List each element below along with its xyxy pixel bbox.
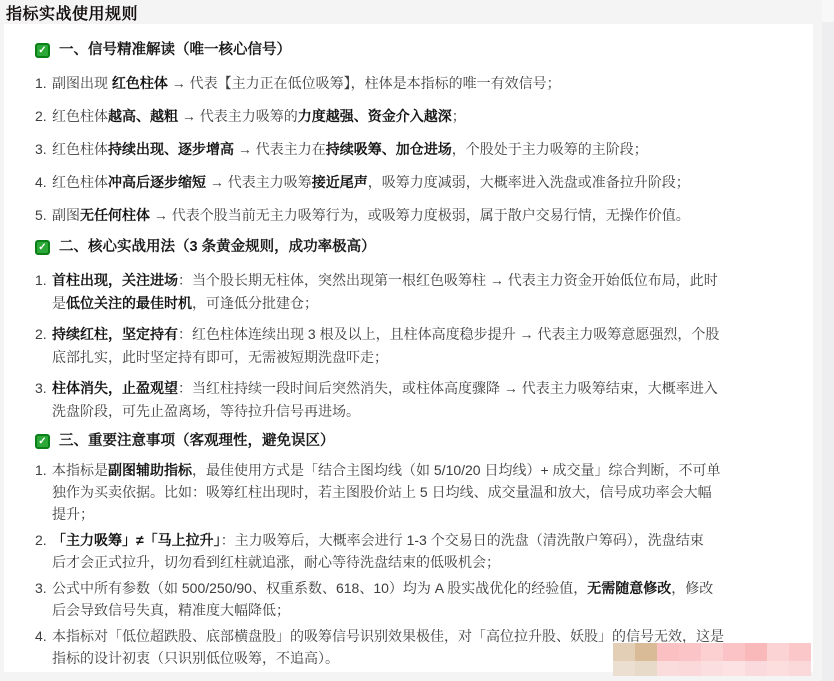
green-checkbox-icon: ✓ [35, 240, 50, 255]
sections: ✓一、信号精准解读（唯一核心信号）1.副图出现 红色柱体 → 代表【主力正在低位… [35, 40, 785, 669]
list-item: 3.柱体消失，止盈观望：当红柱持续一段时间后突然消失，或柱体高度骤降 → 代表主… [35, 377, 785, 423]
section-1: ✓一、信号精准解读（唯一核心信号）1.副图出现 红色柱体 → 代表【主力正在低位… [35, 40, 785, 227]
section-heading-text: 一、信号精准解读（唯一核心信号） [59, 40, 291, 60]
item-number: 5. [35, 204, 52, 227]
watermark-row [613, 661, 811, 676]
item-text: 副图无任何柱体 → 代表个股当前无主力吸筹行为，或吸筹力度极弱，属于散户交易行情… [52, 204, 785, 227]
section-heading: ✓二、核心实战用法（3 条黄金规则，成功率极高） [35, 237, 785, 257]
item-text: 公式中所有参数（如 500/250/90、权重系数、618、10）均为 A 股实… [52, 577, 785, 621]
item-number: 2. [35, 105, 52, 128]
watermark-pixel-block [613, 643, 635, 661]
item-number: 4. [35, 625, 52, 669]
item-text: 首柱出现，关注进场：当个股长期无柱体，突然出现第一根红色吸筹柱 → 代表主力资金… [52, 269, 785, 315]
item-number: 1. [35, 269, 52, 315]
scrollbar[interactable] [822, 0, 834, 681]
watermark-pixel-block [745, 643, 767, 661]
green-checkbox-icon: ✓ [35, 434, 50, 449]
list-item: 2.持续红柱，坚定持有：红色柱体连续出现 3 根及以上，且柱体高度稳步提升 → … [35, 323, 785, 369]
list-item: 2.红色柱体越高、越粗 → 代表主力吸筹的力度越强、资金介入越深； [35, 105, 785, 128]
watermark-pixel-block [767, 661, 789, 676]
item-number: 1. [35, 459, 52, 525]
green-checkbox-icon: ✓ [35, 43, 50, 58]
watermark-row [613, 643, 811, 661]
item-text: 「主力吸筹」≠「马上拉升」：主力吸筹后，大概率会进行 1-3 个交易日的洗盘（清… [52, 529, 785, 573]
watermark-pixel-block [745, 661, 767, 676]
item-number: 1. [35, 72, 52, 95]
watermark-pixel-block [789, 661, 811, 676]
list-item: 3.红色柱体持续出现、逐步增高 → 代表主力在持续吸筹、加仓进场，个股处于主力吸… [35, 138, 785, 161]
item-text: 持续红柱，坚定持有：红色柱体连续出现 3 根及以上，且柱体高度稳步提升 → 代表… [52, 323, 785, 369]
section-2: ✓二、核心实战用法（3 条黄金规则，成功率极高）1.首柱出现，关注进场：当个股长… [35, 237, 785, 423]
item-text: 红色柱体越高、越粗 → 代表主力吸筹的力度越强、资金介入越深； [52, 105, 785, 128]
watermark-pixel-block [657, 643, 679, 661]
list-item: 4.红色柱体冲高后逐步缩短 → 代表主力吸筹接近尾声，吸筹力度减弱，大概率进入洗… [35, 171, 785, 194]
section-heading: ✓三、重要注意事项（客观理性，避免误区） [35, 431, 785, 451]
section-3: ✓三、重要注意事项（客观理性，避免误区）1.本指标是副图辅助指标，最佳使用方式是… [35, 431, 785, 669]
watermark-pixel-block [789, 643, 811, 661]
section-heading-text: 三、重要注意事项（客观理性，避免误区） [59, 431, 335, 451]
list-item: 1.副图出现 红色柱体 → 代表【主力正在低位吸筹】，柱体是本指标的唯一有效信号… [35, 72, 785, 95]
item-text: 柱体消失，止盈观望：当红柱持续一段时间后突然消失，或柱体高度骤降 → 代表主力吸… [52, 377, 785, 423]
watermark-pixel-block [701, 643, 723, 661]
list-item: 1.首柱出现，关注进场：当个股长期无柱体，突然出现第一根红色吸筹柱 → 代表主力… [35, 269, 785, 315]
item-number: 3. [35, 577, 52, 621]
item-number: 2. [35, 529, 52, 573]
watermark-pixel-block [723, 643, 745, 661]
list-item: 3.公式中所有参数（如 500/250/90、权重系数、618、10）均为 A … [35, 577, 785, 621]
item-number: 3. [35, 138, 52, 161]
item-number: 2. [35, 323, 52, 369]
item-number: 4. [35, 171, 52, 194]
watermark-pixel-block [635, 661, 657, 676]
item-text: 本指标是副图辅助指标，最佳使用方式是「结合主图均线（如 5/10/20 日均线）… [52, 459, 785, 525]
page-background: 指标实战使用规则 ✓一、信号精准解读（唯一核心信号）1.副图出现 红色柱体 → … [0, 0, 834, 681]
section-heading-text: 二、核心实战用法（3 条黄金规则，成功率极高） [59, 237, 376, 257]
list-item: 2.「主力吸筹」≠「马上拉升」：主力吸筹后，大概率会进行 1-3 个交易日的洗盘… [35, 529, 785, 573]
list-item: 5.副图无任何柱体 → 代表个股当前无主力吸筹行为，或吸筹力度极弱，属于散户交易… [35, 204, 785, 227]
page-title: 指标实战使用规则 [6, 1, 138, 24]
watermark-pixel-block [723, 661, 745, 676]
watermark-pixel-block [767, 643, 789, 661]
scrollbar-thumb[interactable] [822, 0, 834, 22]
item-text: 红色柱体冲高后逐步缩短 → 代表主力吸筹接近尾声，吸筹力度减弱，大概率进入洗盘或… [52, 171, 785, 194]
watermark-blur [613, 643, 811, 676]
item-text: 副图出现 红色柱体 → 代表【主力正在低位吸筹】，柱体是本指标的唯一有效信号； [52, 72, 785, 95]
watermark-pixel-block [679, 643, 701, 661]
watermark-pixel-block [657, 661, 679, 676]
item-number: 3. [35, 377, 52, 423]
watermark-pixel-block [679, 661, 701, 676]
watermark-pixel-block [613, 661, 635, 676]
list-item: 1.本指标是副图辅助指标，最佳使用方式是「结合主图均线（如 5/10/20 日均… [35, 459, 785, 525]
item-text: 红色柱体持续出现、逐步增高 → 代表主力在持续吸筹、加仓进场，个股处于主力吸筹的… [52, 138, 785, 161]
watermark-pixel-block [635, 643, 657, 661]
watermark-pixel-block [701, 661, 723, 676]
section-heading: ✓一、信号精准解读（唯一核心信号） [35, 40, 785, 60]
content-card: ✓一、信号精准解读（唯一核心信号）1.副图出现 红色柱体 → 代表【主力正在低位… [4, 24, 813, 672]
